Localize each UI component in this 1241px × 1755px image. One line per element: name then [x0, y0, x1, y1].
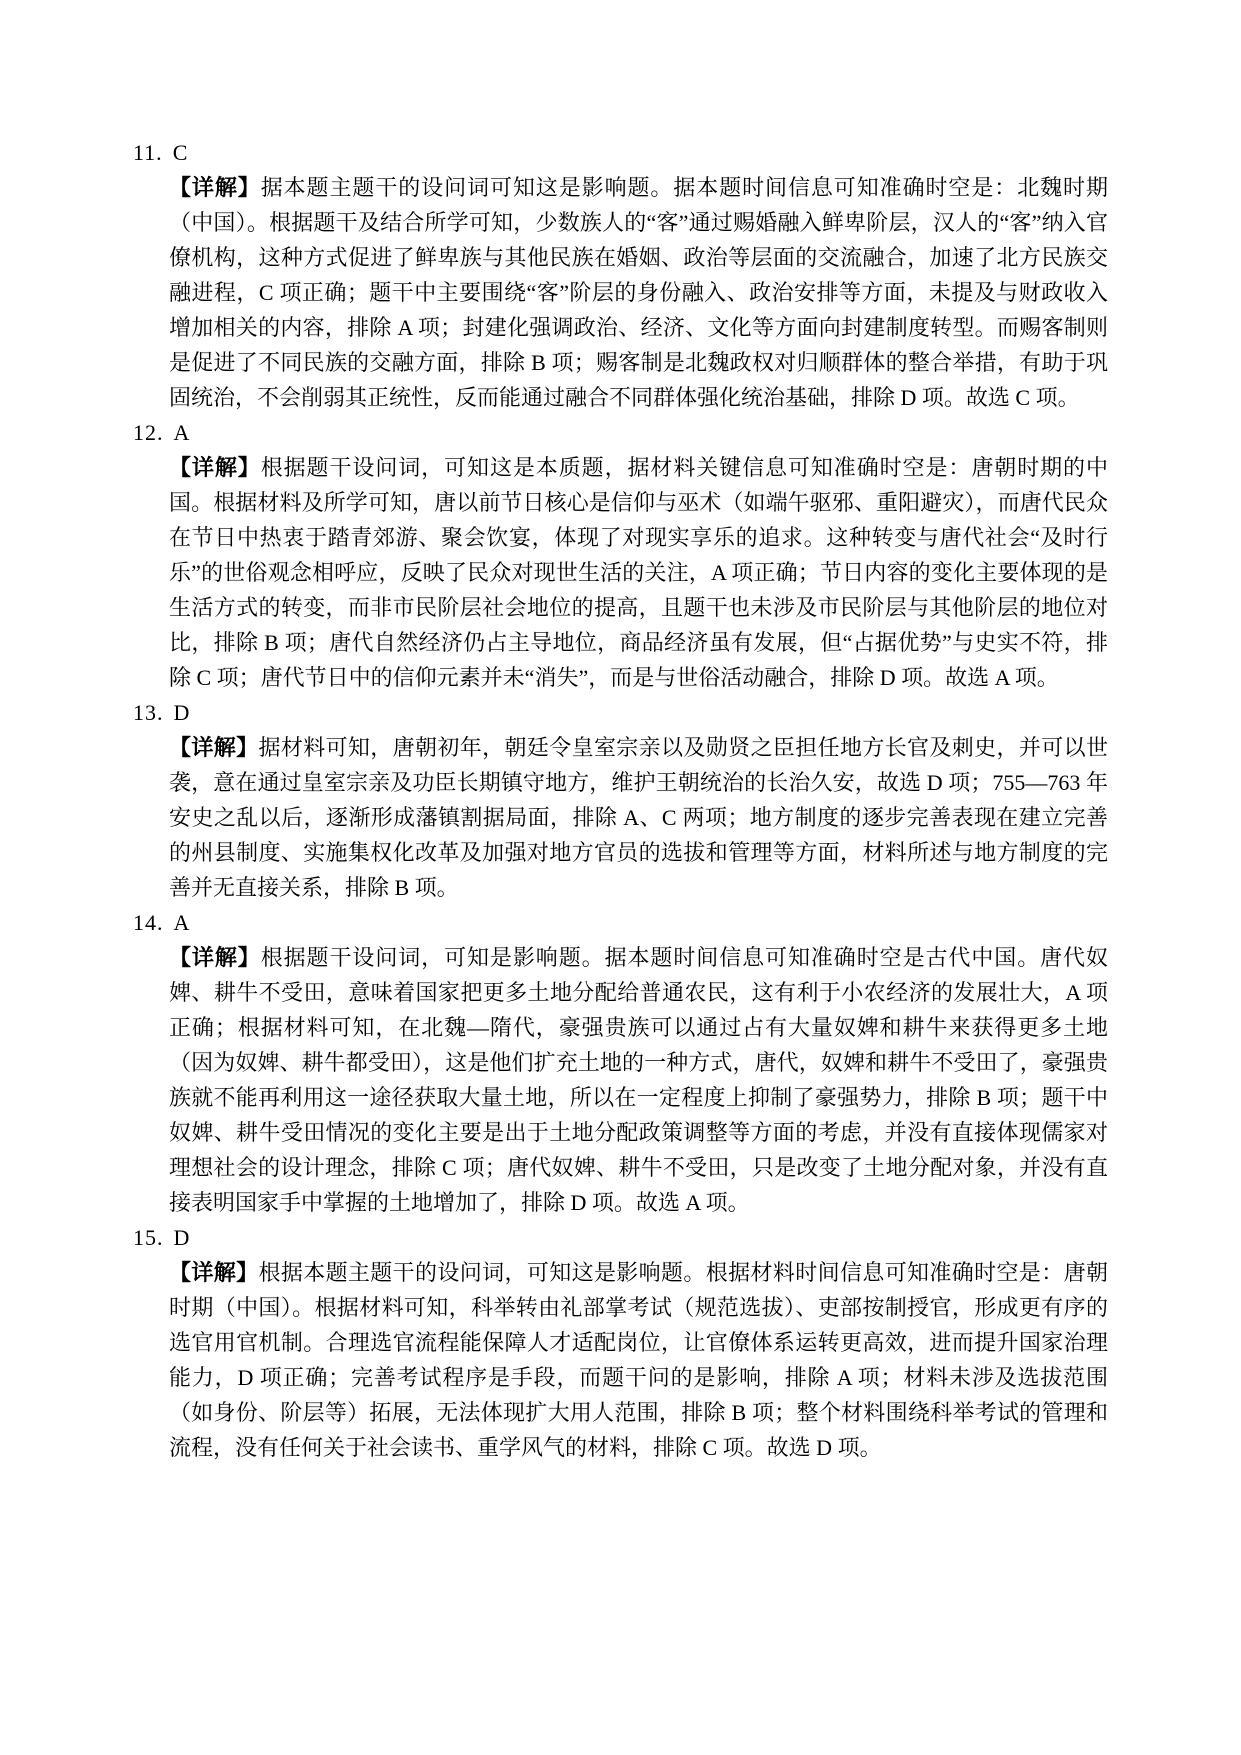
detail-label: 【详解】 — [169, 1260, 258, 1285]
answer-heading: 15.D — [133, 1220, 1108, 1255]
explanation-text: 根据题干设问词，可知这是本质题，据材料关键信息可知准确时空是：唐朝时期的中国。根… — [169, 455, 1108, 690]
answer-heading: 11.C — [133, 135, 1108, 170]
answer-letter: C — [173, 140, 188, 165]
answer-item-11: 11.C 【详解】据本题主题干的设问词可知这是影响题。据本题时间信息可知准确时空… — [133, 135, 1108, 415]
explanation-text: 据材料可知，唐朝初年，朝廷令皇室宗亲以及勋贤之臣担任地方长官及刺史，并可以世袭，… — [169, 735, 1108, 900]
explanation-paragraph: 【详解】据材料可知，唐朝初年，朝廷令皇室宗亲以及勋贤之臣担任地方长官及刺史，并可… — [169, 730, 1108, 905]
answer-item-12: 12.A 【详解】根据题干设问词，可知这是本质题，据材料关键信息可知准确时空是：… — [133, 415, 1108, 695]
explanation-paragraph: 【详解】根据题干设问词，可知这是本质题，据材料关键信息可知准确时空是：唐朝时期的… — [169, 450, 1108, 695]
question-number: 15. — [133, 1225, 164, 1250]
detail-label: 【详解】 — [169, 945, 261, 970]
document-page: 11.C 【详解】据本题主题干的设问词可知这是影响题。据本题时间信息可知准确时空… — [0, 0, 1241, 1755]
question-number: 13. — [133, 700, 164, 725]
explanation-text: 根据本题主题干的设问词，可知这是影响题。根据材料时间信息可知准确时空是：唐朝时期… — [169, 1260, 1108, 1460]
answer-heading: 13.D — [133, 695, 1108, 730]
explanation-paragraph: 【详解】根据本题主题干的设问词，可知这是影响题。根据材料时间信息可知准确时空是：… — [169, 1255, 1108, 1465]
explanation-text: 据本题主题干的设问词可知这是影响题。据本题时间信息可知准确时空是：北魏时期（中国… — [169, 175, 1108, 410]
answer-letter: D — [174, 1225, 190, 1250]
answer-item-14: 14.A 【详解】根据题干设问词，可知是影响题。据本题时间信息可知准确时空是古代… — [133, 905, 1108, 1220]
answer-letter: A — [174, 420, 190, 445]
answer-letter: D — [174, 700, 190, 725]
answer-heading: 14.A — [133, 905, 1108, 940]
question-number: 12. — [133, 420, 164, 445]
answer-letter: A — [174, 910, 190, 935]
detail-label: 【详解】 — [169, 455, 261, 480]
explanation-paragraph: 【详解】据本题主题干的设问词可知这是影响题。据本题时间信息可知准确时空是：北魏时… — [169, 170, 1108, 415]
explanation-text: 根据题干设问词，可知是影响题。据本题时间信息可知准确时空是古代中国。唐代奴婢、耕… — [169, 945, 1108, 1215]
explanation-paragraph: 【详解】根据题干设问词，可知是影响题。据本题时间信息可知准确时空是古代中国。唐代… — [169, 940, 1108, 1220]
answer-heading: 12.A — [133, 415, 1108, 450]
detail-label: 【详解】 — [169, 735, 258, 760]
answer-item-15: 15.D 【详解】根据本题主题干的设问词，可知这是影响题。根据材料时间信息可知准… — [133, 1220, 1108, 1465]
question-number: 11. — [133, 140, 163, 165]
question-number: 14. — [133, 910, 164, 935]
detail-label: 【详解】 — [169, 175, 261, 200]
answer-item-13: 13.D 【详解】据材料可知，唐朝初年，朝廷令皇室宗亲以及勋贤之臣担任地方长官及… — [133, 695, 1108, 905]
